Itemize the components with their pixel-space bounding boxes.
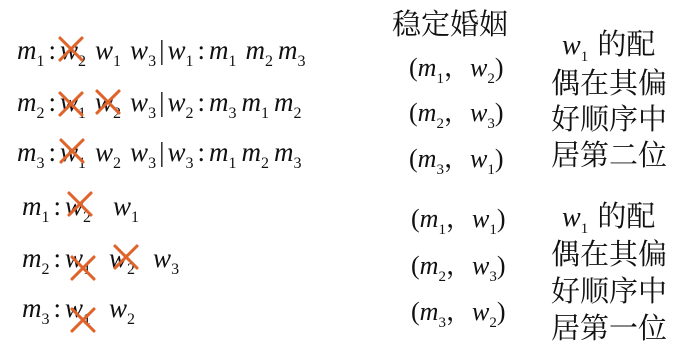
s1-note-line-3: 好顺序中 [551,105,667,134]
colon: : [197,35,205,65]
woman-var: w [167,137,185,167]
s2-pair-1: (m1，w1) [411,206,505,232]
s1-row-3: m3:w1w2w3|w3:m1m2m3 [17,139,302,166]
s1-pair-2: (m2，w3) [409,100,503,126]
pref-w1-crossed: w1 [65,295,91,322]
pref-w2-crossed: w2 [95,89,121,116]
separator-bar: | [159,87,164,117]
pref-w1-crossed: w1 [60,139,86,166]
stable-marriage-title: 稳定婚姻 [392,10,508,39]
s2-pair-2: (m2，w3) [411,253,505,279]
s2-note-line-3: 好顺序中 [551,277,667,306]
s2-note-line-4: 居第一位 [551,314,667,343]
colon: : [49,35,57,65]
colon: : [49,87,57,117]
man-var: m [22,243,42,273]
s2-pair-3: (m3，w2) [411,299,505,325]
colon: : [54,191,62,221]
man-var: m [22,293,42,323]
pref-w1: w1 [113,193,139,220]
pref-w2-crossed: w2 [60,37,86,64]
pref-w3: w3 [130,89,156,116]
woman-var: w [167,87,185,117]
man-var: m [17,137,37,167]
colon: : [54,293,62,323]
colon: : [197,137,205,167]
colon: : [54,243,62,273]
s1-row-1: m1:w2w1w3|w1:m1m2m3 [17,37,306,64]
separator-bar: | [159,137,164,167]
pref-w3: w3 [153,245,179,272]
s2-row-3: m3:w1w2 [22,295,135,322]
s1-note-line-2: 偶在其偏 [551,69,667,98]
s2-note-line-2: 偶在其偏 [551,240,667,269]
s1-pair-3: (m3，w1) [409,146,503,172]
colon: : [49,137,57,167]
s1-row-2: m2:w1w2w3|w2:m3m1m2 [17,89,302,116]
pref-w2: w2 [109,295,135,322]
pref-w1: w1 [95,37,121,64]
s1-pair-1: (m1，w2) [409,55,503,81]
pref-w3: w3 [130,37,156,64]
s2-row-2: m2:w1w2w3 [22,245,179,272]
pref-w3: w3 [130,139,156,166]
pref-w1-crossed: w1 [60,89,86,116]
pref-w1-crossed: w1 [65,245,91,272]
pref-w2: w2 [95,139,121,166]
s2-row-1: m1:w2w1 [22,193,139,220]
pref-w2-crossed: w2 [65,193,91,220]
man-var: m [17,87,37,117]
man-var: m [17,35,37,65]
colon: : [197,87,205,117]
man-var: m [22,191,42,221]
s1-note-line-1: w1 的配 [562,30,655,60]
woman-var: w [167,35,185,65]
separator-bar: | [159,35,164,65]
sub: 1 [37,53,45,70]
pref-w2-crossed: w2 [109,245,135,272]
s1-note-line-4: 居第二位 [551,141,667,170]
s2-note-line-1: w1 的配 [562,202,655,232]
